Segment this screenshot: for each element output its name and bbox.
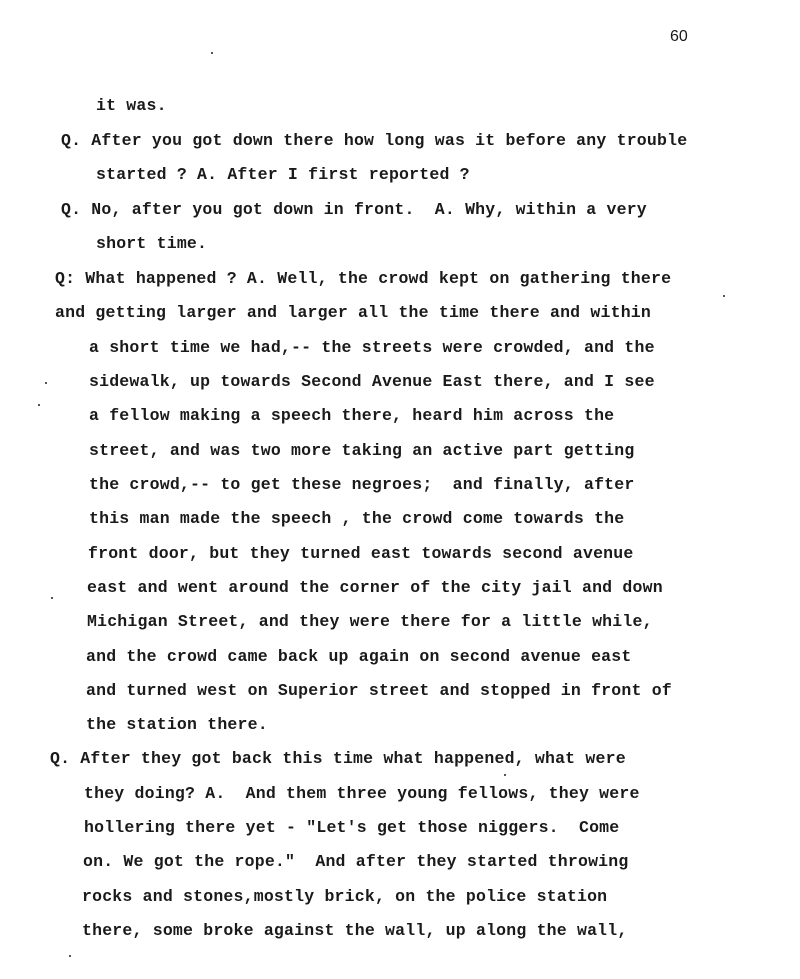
text-line: this man made the speech , the crowd com… bbox=[89, 509, 624, 529]
text-line: Q: What happened ? A. Well, the crowd ke… bbox=[55, 269, 671, 289]
text-line: east and went around the corner of the c… bbox=[87, 578, 663, 598]
text-line: and the crowd came back up again on seco… bbox=[86, 647, 632, 667]
text-line: Q. After they got back this time what ha… bbox=[50, 749, 626, 769]
text-line: sidewalk, up towards Second Avenue East … bbox=[89, 372, 655, 392]
text-line: it was. bbox=[96, 96, 167, 116]
text-line: hollering there yet - "Let's get those n… bbox=[84, 818, 619, 838]
text-line: street, and was two more taking an activ… bbox=[89, 441, 635, 461]
scan-speck bbox=[504, 774, 506, 776]
text-line: the station there. bbox=[86, 715, 268, 735]
text-line: they doing? A. And them three young fell… bbox=[84, 784, 640, 804]
text-line: rocks and stones,mostly brick, on the po… bbox=[82, 887, 607, 907]
text-line: Q. After you got down there how long was… bbox=[61, 131, 687, 151]
text-line: and getting larger and larger all the ti… bbox=[55, 303, 651, 323]
document-page: 60 it was. Q. After you got down there h… bbox=[0, 0, 800, 979]
text-line: front door, but they turned east towards… bbox=[88, 544, 634, 564]
text-line: Q. No, after you got down in front. A. W… bbox=[61, 200, 647, 220]
text-line: a fellow making a speech there, heard hi… bbox=[89, 406, 614, 426]
text-line: and turned west on Superior street and s… bbox=[86, 681, 672, 701]
scan-speck bbox=[211, 52, 213, 54]
scan-speck bbox=[45, 382, 47, 384]
text-line: there, some broke against the wall, up a… bbox=[82, 921, 628, 941]
scan-speck bbox=[69, 955, 71, 957]
text-line: on. We got the rope." And after they sta… bbox=[83, 852, 629, 872]
page-number: 60 bbox=[670, 28, 688, 46]
text-line: started ? A. After I first reported ? bbox=[96, 165, 470, 185]
scan-speck bbox=[723, 295, 725, 297]
text-line: Michigan Street, and they were there for… bbox=[87, 612, 653, 632]
text-line: a short time we had,-- the streets were … bbox=[89, 338, 655, 358]
text-line: the crowd,-- to get these negroes; and f… bbox=[89, 475, 635, 495]
scan-speck bbox=[51, 597, 53, 599]
scan-speck bbox=[38, 404, 40, 406]
text-line: short time. bbox=[96, 234, 207, 254]
